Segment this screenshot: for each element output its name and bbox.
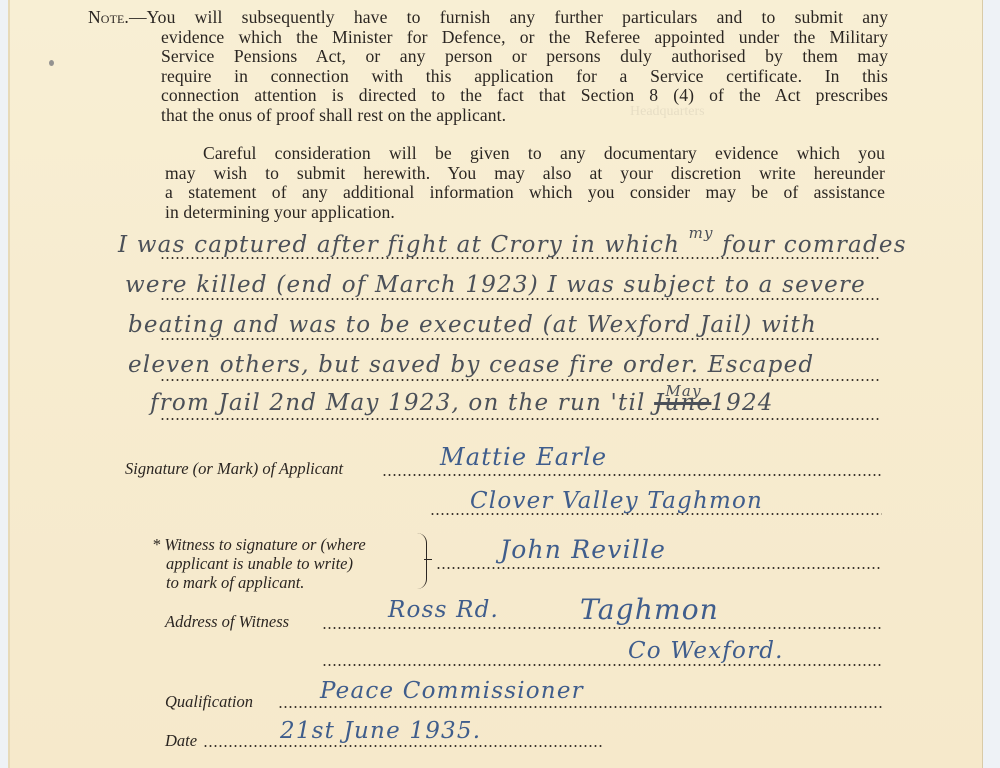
statement-dotline-2 <box>160 298 880 300</box>
note-line-6: that the onus of proof shall rest on the… <box>88 106 888 126</box>
qualification-value[interactable]: Peace Commissioner <box>320 678 584 704</box>
statement-line-1[interactable]: I was captured after fight at Crory in w… <box>118 232 907 258</box>
note-lead: Note. <box>88 7 129 27</box>
instructions-line-4: in determining your application. <box>165 203 885 223</box>
date-value[interactable]: 21st June 1935. <box>280 718 481 744</box>
applicant-address-value[interactable]: Clover Valley Taghmon <box>470 488 763 514</box>
witness-signature-value[interactable]: John Reville <box>500 535 666 564</box>
note-line-2: evidence which the Minister for Defence,… <box>88 28 888 48</box>
instructions-line-2: may wish to submit herewith. You may als… <box>165 164 885 184</box>
witness-address-dotline-1 <box>322 627 882 629</box>
date-label: Date <box>165 731 197 751</box>
brace-tip <box>424 559 432 560</box>
statement-line-1-end: four comrades <box>722 232 906 258</box>
statement-dotline-3 <box>160 338 880 340</box>
witness-address-line-1a[interactable]: Ross Rd. <box>388 597 499 623</box>
statement-line-5-text: from Jail 2nd May 1923, on the run 'til <box>150 390 646 416</box>
note-line-5: connection attention is directed to the … <box>88 86 888 106</box>
witness-address-line-1b[interactable]: Taghmon <box>580 593 719 626</box>
note-line-4: require in connection with this applicat… <box>88 67 888 87</box>
statement-year: 1924 <box>710 390 773 416</box>
qualification-label: Qualification <box>165 692 253 712</box>
note-paragraph: Note.—You will subsequently have to furn… <box>88 8 888 126</box>
witness-address-line-2[interactable]: Co Wexford. <box>628 638 784 664</box>
witness-label-line-2: applicant is unable to write) <box>152 554 366 573</box>
note-line-3: Service Pensions Act, or any person or p… <box>88 47 888 67</box>
statement-line-2[interactable]: were killed (end of March 1923) I was su… <box>125 272 866 298</box>
statement-line-3[interactable]: beating and was to be executed (at Wexfo… <box>128 312 817 338</box>
note-line-1: You will subsequently have to furnish an… <box>147 7 888 27</box>
ink-spot <box>49 60 54 66</box>
witness-dotline <box>436 567 882 569</box>
witness-address-dotline-2 <box>322 664 882 666</box>
statement-line-1-text: I was captured after fight at Crory in w… <box>118 232 680 258</box>
statement-line-4[interactable]: eleven others, but saved by cease fire o… <box>128 352 814 378</box>
insertion-my: my <box>689 224 714 242</box>
statement-dotline-4 <box>160 379 880 381</box>
signature-label: Signature (or Mark) of Applicant <box>125 459 343 479</box>
instructions-line-3: a statement of any additional informatio… <box>165 183 885 203</box>
instructions-paragraph: Careful consideration will be given to a… <box>165 144 885 222</box>
statement-dotline-5 <box>160 418 880 420</box>
witness-label-line-1: * Witness to signature or (where <box>152 535 366 554</box>
instructions-line-1: Careful consideration will be given to a… <box>165 144 885 164</box>
qualification-dotline <box>278 706 882 708</box>
insertion-may: May <box>665 382 701 400</box>
witness-address-label: Address of Witness <box>165 612 289 632</box>
date-dotline <box>203 745 603 747</box>
signature-value[interactable]: Mattie Earle <box>440 443 607 471</box>
signature-dotline <box>382 474 882 476</box>
statement-line-5[interactable]: from Jail 2nd May 1923, on the run 'til … <box>150 390 774 416</box>
witness-label-line-3: to mark of applicant. <box>152 573 366 592</box>
witness-label: * Witness to signature or (where applica… <box>152 535 366 592</box>
brace-icon <box>412 533 427 589</box>
note-dash: — <box>129 7 147 27</box>
